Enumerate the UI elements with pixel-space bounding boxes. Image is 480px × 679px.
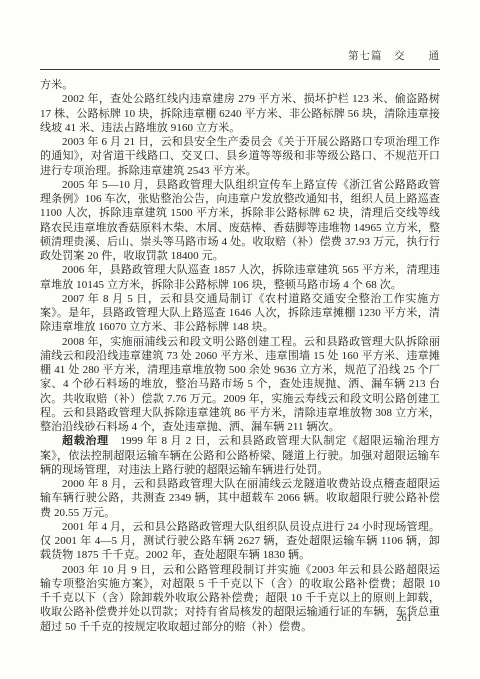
paragraph: 2005 年 5—10 月，县路政管理大队组织宣传车上路宣传《浙江省公路路政管理…	[40, 178, 440, 264]
page-body: 方米。 2002 年，查处公路红线内违章建房 279 平方米、损坏护栏 123 …	[40, 78, 440, 634]
paragraph: 2008 年，实施丽浦线云和段文明公路创建工程。云和县路政管理大队拆除丽浦线云和…	[40, 335, 440, 435]
paragraph: 2003 年 6 月 21 日，云和县安全生产委员会《关于开展公路路口专项治理工…	[40, 135, 440, 178]
running-header: 第七篇 交 通	[40, 46, 440, 70]
page-number: 261	[396, 613, 412, 624]
paragraph: 2001 年 4 月，云和县公路路政管理大队组织队员设点进行 24 小时现场管理…	[40, 520, 440, 563]
chapter-title: 第七篇 交 通	[348, 48, 440, 68]
paragraph: 2000 年 8 月，云和县路政管理大队在丽浦线云龙隧道收费站设点稽查超限运输车…	[40, 477, 440, 520]
paragraph-with-heading: 超载治理 1999 年 8 月 2 日，云和县路政管理大队制定《超限运输治理方案…	[40, 434, 440, 477]
paragraph: 2002 年，查处公路红线内违章建房 279 平方米、损坏护栏 123 米、偷盗…	[40, 92, 440, 135]
section-heading-overload-control: 超载治理	[62, 435, 109, 447]
paragraph: 方米。	[40, 78, 440, 92]
paragraph: 2003 年 10 月 9 日，云和公路管理段制订并实施《2003 年云和县公路…	[40, 563, 440, 634]
paragraph: 2006 年，县路政管理大队巡查 1857 人次，拆除违章建筑 565 平方米，…	[40, 263, 440, 292]
scanned-book-page: 第七篇 交 通 方米。 2002 年，查处公路红线内违章建房 279 平方米、损…	[0, 0, 480, 679]
paragraph: 2007 年 8 月 5 日，云和县交通局制订《农村道路交通安全整治工作实施方案…	[40, 292, 440, 335]
